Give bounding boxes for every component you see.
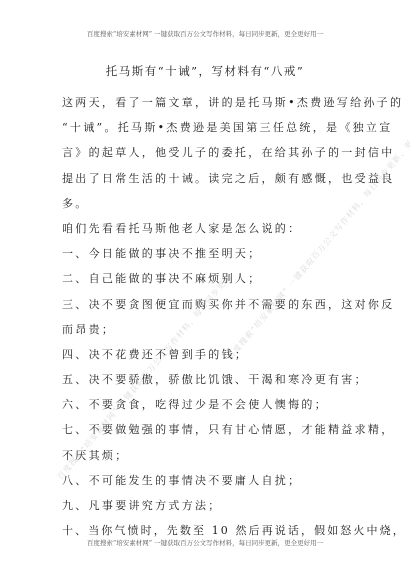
- document-title: 托马斯有“十诫”，写材料有“八戒”: [0, 63, 410, 79]
- document-body: 这两天，看了一篇文章，讲的是托马斯•杰费逊写给孙子的 “十诫”。托马斯•杰费逊是…: [62, 90, 352, 543]
- list-item-7: 七、不要做勉强的事情，只有甘心情愿，才能精益求精，: [62, 417, 352, 442]
- list-item-6: 六、不要贪食，吃得过少是不会使人懊悔的；: [62, 392, 352, 417]
- list-item-9: 九、凡事要讲究方式方法；: [62, 493, 352, 518]
- list-item-8: 八、不可能发生的事情决不要庸人自扰；: [62, 468, 352, 493]
- paragraph-line: 这两天，看了一篇文章，讲的是托马斯•杰费逊写给孙子的: [62, 90, 352, 115]
- page-header: 百度搜索“培安素材网” 一键获取百万公文写作材料，每日同步更新，更全更好用一: [0, 29, 410, 38]
- paragraph-line: 言》的起草人，他受儿子的委托，在给其孙子的一封信中: [62, 140, 352, 165]
- paragraph-line: 咱们先看看托马斯他老人家是怎么说的：: [62, 216, 352, 241]
- list-item-3: 三、决不要贪图便宜而购买你并不需要的东西，这对你反: [62, 292, 352, 317]
- paragraph-line: “十诫”。托马斯•杰费逊是美国第三任总统，是《独立宣: [62, 115, 352, 140]
- paragraph-line: 提出了日常生活的十诫。读完之后，颇有感慨，也受益良: [62, 166, 352, 191]
- list-item-7-cont: 不厌其烦；: [62, 443, 352, 468]
- list-item-4: 四、决不花费还不曾到手的钱；: [62, 342, 352, 367]
- list-item-3-cont: 而昂贵；: [62, 317, 352, 342]
- paragraph-line: 多。: [62, 191, 352, 216]
- list-item-1: 一、今日能做的事决不推至明天；: [62, 241, 352, 266]
- list-item-2: 二、自己能做的事决不麻烦别人；: [62, 266, 352, 291]
- list-item-5: 五、决不要骄傲，骄傲比饥饿、干渴和寒冷更有害；: [62, 367, 352, 392]
- page-footer: 百度搜索“培安素材网” 一键获取百万公文写作材料，每日同步更新，更全更好用一: [0, 538, 410, 547]
